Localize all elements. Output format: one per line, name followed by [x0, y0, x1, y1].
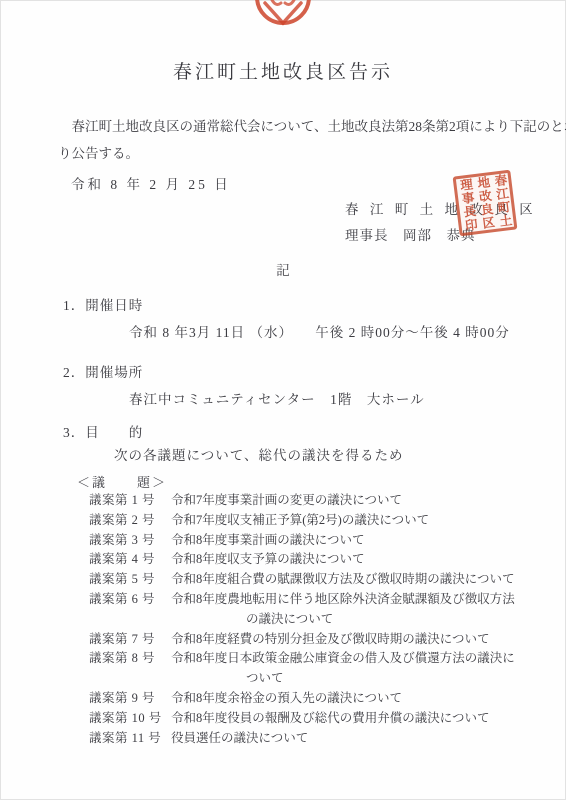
section-1-heading: 1．開催日時: [63, 294, 143, 314]
section-3-heading: 3．目 的: [63, 421, 143, 441]
agenda-item-8-continuation: ついて: [89, 669, 545, 689]
agenda-item-8: 議案第 8 号 令和8年度日本政策金融公庫資金の借入及び償還方法の議決に: [89, 649, 545, 669]
agenda-item-5: 議案第 5 号 令和8年度組合費の賦課徴収方法及び徴収時期の議決について: [89, 570, 545, 590]
section-2-number: 2．: [63, 365, 85, 380]
seal-column-1: 春江町土: [493, 173, 512, 228]
agenda-item-10: 議案第 10 号 令和8年度役員の報酬及び総代の費用弁償の議決について: [89, 709, 545, 729]
section-3-title: 目 的: [85, 425, 143, 440]
agenda-list: 議案第 1 号 令和7年度事業計画の変更の議決について 議案第 2 号 令和7年…: [89, 491, 545, 748]
document-page: 春江町土地改良区告示 春江町土地改良区の通常総代会について、土地改良法第28条第…: [0, 0, 566, 800]
agenda-item-3: 議案第 3 号 令和8年度事業計画の議決について: [89, 531, 545, 551]
section-3-detail: 次の各議題について、総代の議決を得るため: [114, 444, 403, 464]
agenda-item-8-text: 令和8年度日本政策金融公庫資金の借入及び償還方法の議決に: [171, 649, 545, 669]
issue-date: 令和 8 年 2 月 25 日: [71, 173, 231, 193]
seal-column-3: 理事長印: [458, 178, 477, 233]
agenda-item-6: 議案第 6 号 令和8年度農地転用に伴う地区除外決済金賦課額及び徴収方法: [89, 590, 545, 610]
agenda-item-10-label: 議案第 10 号: [89, 709, 171, 729]
document-title: 春江町土地改良区告示: [1, 57, 565, 84]
agenda-item-7-text: 令和8年度経費の特別分担金及び徴収時期の議決について: [171, 630, 545, 650]
agenda-item-3-text: 令和8年度事業計画の議決について: [171, 531, 545, 551]
agenda-item-1: 議案第 1 号 令和7年度事業計画の変更の議決について: [89, 491, 545, 511]
section-2-heading: 2．開催場所: [63, 361, 143, 381]
agenda-item-11: 議案第 11 号 役員選任の議決について: [89, 729, 545, 749]
agenda-item-2: 議案第 2 号 令和7年度収支補正予算(第2号)の議決について: [89, 511, 545, 531]
agenda-item-7-label: 議案第 7 号: [89, 630, 171, 650]
agenda-item-1-label: 議案第 1 号: [89, 491, 171, 511]
seal-column-2: 地改良区: [475, 175, 494, 230]
section-2-detail: 春江中コミュニティセンター 1階 大ホール: [129, 388, 425, 408]
preamble-paragraph: 春江町土地改良区の通常総代会について、土地改良法第28条第2項により下記のとお …: [58, 113, 513, 167]
agenda-item-8-text-continued: ついて: [171, 669, 545, 689]
agenda-item-5-text: 令和8年度組合費の賦課徴収方法及び徴収時期の議決について: [171, 570, 545, 590]
agenda-item-6-text: 令和8年度農地転用に伴う地区除外決済金賦課額及び徴収方法: [171, 590, 545, 610]
record-marker: 記: [1, 259, 565, 279]
section-1-detail: 令和 8 年3月 11日 （水） 午後 2 時00分～午後 4 時00分: [129, 321, 510, 341]
agenda-item-10-text: 令和8年度役員の報酬及び総代の費用弁償の議決について: [171, 709, 545, 729]
agenda-item-2-label: 議案第 2 号: [89, 511, 171, 531]
agenda-item-1-text: 令和7年度事業計画の変更の議決について: [171, 491, 545, 511]
agenda-item-9-label: 議案第 9 号: [89, 689, 171, 709]
agenda-header: ＜議 題＞: [77, 472, 167, 491]
agenda-item-4-label: 議案第 4 号: [89, 550, 171, 570]
agenda-item-4: 議案第 4 号 令和8年度収支予算の議決について: [89, 550, 545, 570]
section-2-title: 開催場所: [85, 365, 143, 380]
section-1-title: 開催日時: [85, 298, 143, 313]
agenda-item-6-text-continued: の議決について: [171, 610, 545, 630]
agenda-item-6-label: 議案第 6 号: [89, 590, 171, 610]
agenda-item-8-label: 議案第 8 号: [89, 649, 171, 669]
agenda-item-3-label: 議案第 3 号: [89, 531, 171, 551]
agenda-item-2-text: 令和7年度収支補正予算(第2号)の議決について: [171, 511, 545, 531]
preamble-line-1: 春江町土地改良区の通常総代会について、土地改良法第28条第2項により下記のとお: [58, 113, 513, 140]
agenda-item-7: 議案第 7 号 令和8年度経費の特別分担金及び徴収時期の議決について: [89, 630, 545, 650]
agenda-item-11-label: 議案第 11 号: [89, 729, 171, 749]
agenda-item-4-text: 令和8年度収支予算の議決について: [171, 550, 545, 570]
agenda-item-5-label: 議案第 5 号: [89, 570, 171, 590]
agenda-item-6-continuation: の議決について: [89, 610, 545, 630]
chairman-square-seal-icon: 春江町土 地改良区 理事長印: [453, 170, 518, 237]
agenda-item-11-text: 役員選任の議決について: [171, 729, 545, 749]
section-1-number: 1．: [63, 298, 85, 313]
preamble-line-2: り公告する。: [58, 140, 513, 167]
section-3-number: 3．: [63, 425, 85, 440]
district-emblem-stamp-icon: [255, 0, 311, 37]
agenda-item-9: 議案第 9 号 令和8年度余裕金の預入先の議決について: [89, 689, 545, 709]
agenda-item-9-text: 令和8年度余裕金の預入先の議決について: [171, 689, 545, 709]
